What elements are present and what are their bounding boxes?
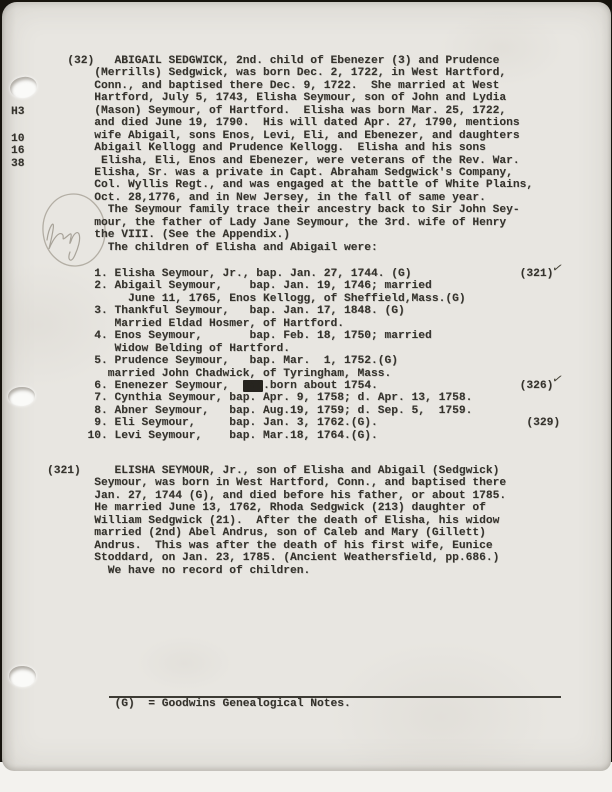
child-list-line: 5. Prudence Seymour, bap. Mar. 1, 1752.(…: [47, 355, 560, 367]
margin-number: 38: [11, 158, 25, 170]
child-list-line: 1. Elisha Seymour, Jr., bap. Jan. 27, 17…: [47, 268, 560, 280]
text-line: The children of Elisha and Abigail were:: [47, 242, 533, 254]
child-list-line: Married Eldad Hosmer, of Hartford.: [47, 318, 560, 330]
punch-hole-middle: [8, 387, 35, 406]
text-line: the VIII. (See the Appendix.): [47, 229, 533, 241]
text-line: We have no record of children.: [47, 565, 506, 577]
line-suffix: .born about 1754. (326): [263, 380, 553, 392]
text-line: Seymour, was born in West Hartford, Conn…: [47, 477, 506, 489]
child-list-line: 9. Eli Seymour, bap. Jan. 3, 1762.(G). (…: [47, 417, 560, 429]
text-line: Elisha, Sr. was a private in Capt. Abrah…: [47, 167, 533, 179]
text-line: (321) ELISHA SEYMOUR, Jr., son of Elisha…: [47, 465, 506, 477]
entry-321-paragraph: (321) ELISHA SEYMOUR, Jr., son of Elisha…: [47, 465, 506, 577]
text-line: William Sedgwick (21). After the death o…: [47, 515, 506, 527]
punch-hole-top: [9, 75, 39, 100]
struck-out-word: bap: [243, 380, 263, 392]
child-list-line-struck: 6. Enenezer Seymour, bap.born about 1754…: [47, 380, 560, 392]
paper-sheet: H3 10 16 38 (32) ABIGAIL SEDGWICK, 2nd. …: [2, 2, 611, 771]
child-list-line: married John Chadwick, of Tyringham, Mas…: [47, 368, 560, 380]
child-list-line: 4. Enos Seymour, bap. Feb. 18, 1750; mar…: [47, 330, 560, 342]
text-line: Col. Wyllis Regt., and was engaged at th…: [47, 179, 533, 191]
text-line: and died June 19, 1790. His will dated A…: [47, 117, 533, 129]
child-list-line: 3. Thankful Seymour, bap. Jan. 17, 1848.…: [47, 305, 560, 317]
text-line: Stoddard, on Jan. 23, 1785. (Ancient Wea…: [47, 552, 506, 564]
text-line: Andrus. This was after the death of his …: [47, 540, 506, 552]
footnote: (G) = Goodwins Genealogical Notes.: [47, 698, 351, 710]
text-line: married (2nd) Abel Andrus, son of Caleb …: [47, 527, 506, 539]
text-line: Conn., and baptised there Dec. 9, 1722. …: [47, 80, 533, 92]
text-line: The Seymour family trace their ancestry …: [47, 204, 533, 216]
text-line: wife Abigail, sons Enos, Levi, Eli, and …: [47, 130, 533, 142]
child-list-line: 10. Levi Seymour, bap. Mar.18, 1764.(G).: [47, 430, 560, 442]
text-line: Elisha, Eli, Enos and Ebenezer, were vet…: [47, 155, 533, 167]
child-list-line: 2. Abigail Seymour, bap. Jan. 19, 1746; …: [47, 280, 560, 292]
text-line: (Merrills) Sedgwick, was born Dec. 2, 17…: [47, 67, 533, 79]
child-list-line: 7. Cynthia Seymour, bap. Apr. 9, 1758; d…: [47, 392, 560, 404]
children-list: 1. Elisha Seymour, Jr., bap. Jan. 27, 17…: [47, 268, 560, 442]
text-line: Jan. 27, 1744 (G), and died before his f…: [47, 490, 506, 502]
text-line: (32) ABIGAIL SEDGWICK, 2nd. child of Ebe…: [47, 55, 533, 67]
child-list-line: 8. Abner Seymour, bap. Aug.19, 1759; d. …: [47, 405, 560, 417]
text-line: He married June 13, 1762, Rhoda Sedgwick…: [47, 502, 506, 514]
scanned-page-canvas: H3 10 16 38 (32) ABIGAIL SEDGWICK, 2nd. …: [0, 0, 612, 792]
entry-32-paragraph: (32) ABIGAIL SEDGWICK, 2nd. child of Ebe…: [47, 55, 533, 254]
punch-hole-bottom: [8, 665, 37, 688]
margin-code: H3: [11, 106, 25, 118]
margin-numbers: 10 16 38: [11, 133, 25, 170]
text-line: Oct. 28,1776, and in New Jersey, in the …: [47, 192, 533, 204]
text-line: Hartford, July 5, 1743, Elisha Seymour, …: [47, 92, 533, 104]
footnote-text: (G) = Goodwins Genealogical Notes.: [47, 698, 351, 710]
text-line: Abigail Kellogg and Prudence Kellogg. El…: [47, 142, 533, 154]
child-list-line: Widow Belding of Hartford.: [47, 343, 560, 355]
checkmark-icon: ✓: [551, 260, 564, 278]
text-line: (Mason) Seymour, of Hartford. Elisha was…: [47, 105, 533, 117]
child-list-line: June 11, 1765, Enos Kellogg, of Sheffiel…: [47, 293, 560, 305]
text-line: mour, the father of Lady Jane Seymour, t…: [47, 217, 533, 229]
margin-number: 10: [11, 133, 25, 145]
line-prefix: 6. Enenezer Seymour,: [47, 380, 243, 392]
margin-number: 16: [11, 145, 25, 157]
margin-code-label: H3: [11, 106, 25, 118]
